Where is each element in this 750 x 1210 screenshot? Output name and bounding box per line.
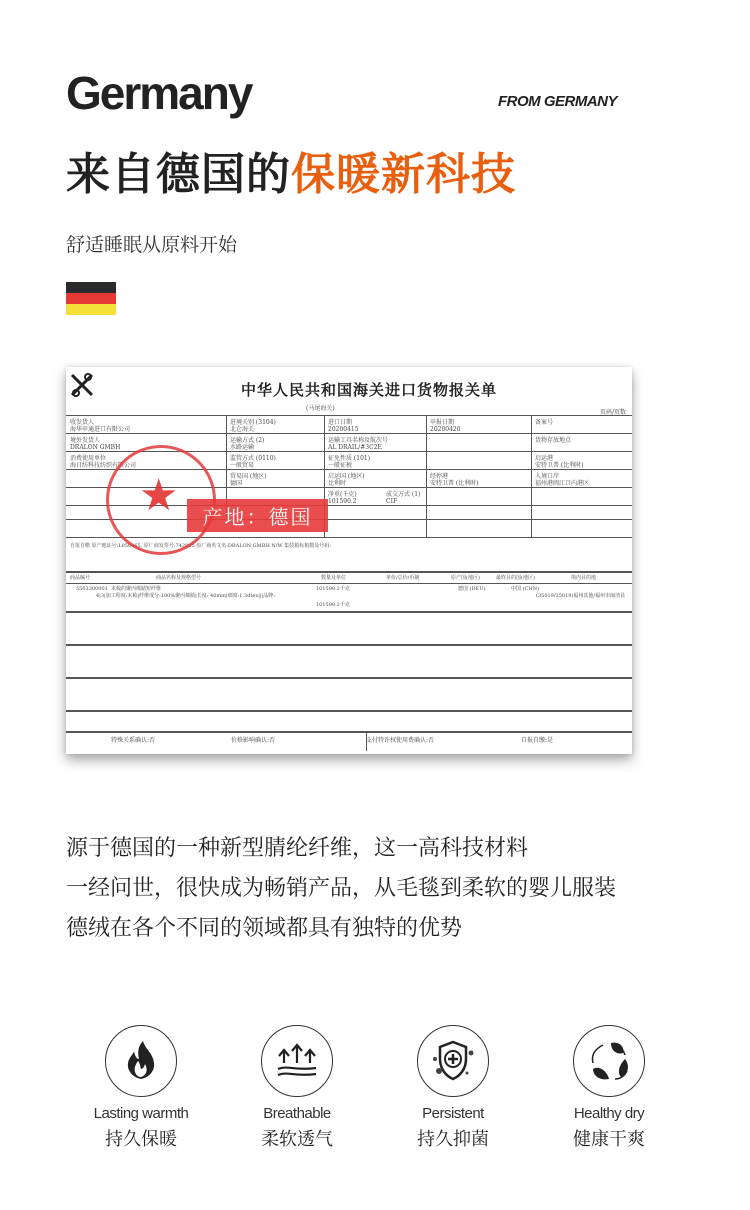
remarks: 自报自缴 原产地证号:L050465, 原厂商发票号:742805 原厂商英文名… [70, 543, 331, 549]
flag-stripe-black [66, 282, 116, 293]
origin-badge: 产地：德国 [187, 499, 328, 532]
headline-accent: 保暖新科技 [291, 149, 516, 200]
customs-declaration-image: 中华人民共和国海关进口货物报关单 (马尾海关) 页码/页数 收发货人 海华申通进… [66, 367, 632, 754]
brand-title: Germany [66, 70, 251, 116]
feature-zh-label: 健康干爽 [573, 1125, 645, 1151]
flag-stripe-red [66, 293, 116, 304]
feature-persistent: Persistent 持久抑菌 [375, 1025, 531, 1151]
germany-flag-icon [66, 282, 116, 315]
feature-en-label: Persistent [422, 1105, 484, 1122]
flame-icon [121, 1039, 161, 1083]
description-line: 一经问世，很快成为畅销产品，从毛毯到柔软的婴儿服装 [66, 869, 616, 909]
feature-lasting-warmth: Lasting warmth 持久保暖 [63, 1025, 219, 1151]
breathable-arrows-icon [272, 1041, 322, 1081]
headline-dark: 来自德国的 [66, 149, 291, 200]
headline: 来自德国的保暖新科技 [66, 153, 516, 197]
flag-stripe-gold [66, 304, 116, 315]
document-title: 中华人民共和国海关进口货物报关单 [241, 379, 497, 400]
subheadline: 舒适睡眠从原料开始 [66, 230, 237, 257]
feature-zh-label: 持久抑菌 [417, 1125, 489, 1151]
feature-list: Lasting warmth 持久保暖 Breathable 柔软透气 [63, 1025, 687, 1151]
star-icon: ★ [139, 474, 178, 518]
feature-healthy-dry: Healthy dry 健康干爽 [531, 1025, 687, 1151]
description-line: 德绒在各个不同的领域都具有独特的优势 [66, 909, 616, 949]
description: 源于德国的一种新型腈纶纤维，这一高科技材料 一经问世，很快成为畅销产品，从毛毯到… [66, 829, 616, 949]
feature-en-label: Breathable [263, 1105, 331, 1122]
feature-en-label: Healthy dry [574, 1105, 644, 1122]
customs-emblem-icon [68, 371, 96, 399]
customs-office-note: (马尾海关) [306, 405, 335, 412]
feature-zh-label: 柔软透气 [261, 1125, 333, 1151]
description-line: 源于德国的一种新型腈纶纤维，这一高科技材料 [66, 829, 616, 869]
leaf-cycle-icon [585, 1039, 633, 1083]
from-germany-tagline: FROM GERMANY [498, 93, 617, 110]
antibacterial-shield-icon [429, 1039, 477, 1083]
feature-zh-label: 持久保暖 [105, 1125, 177, 1151]
feature-breathable: Breathable 柔软透气 [219, 1025, 375, 1151]
feature-en-label: Lasting warmth [94, 1105, 189, 1122]
